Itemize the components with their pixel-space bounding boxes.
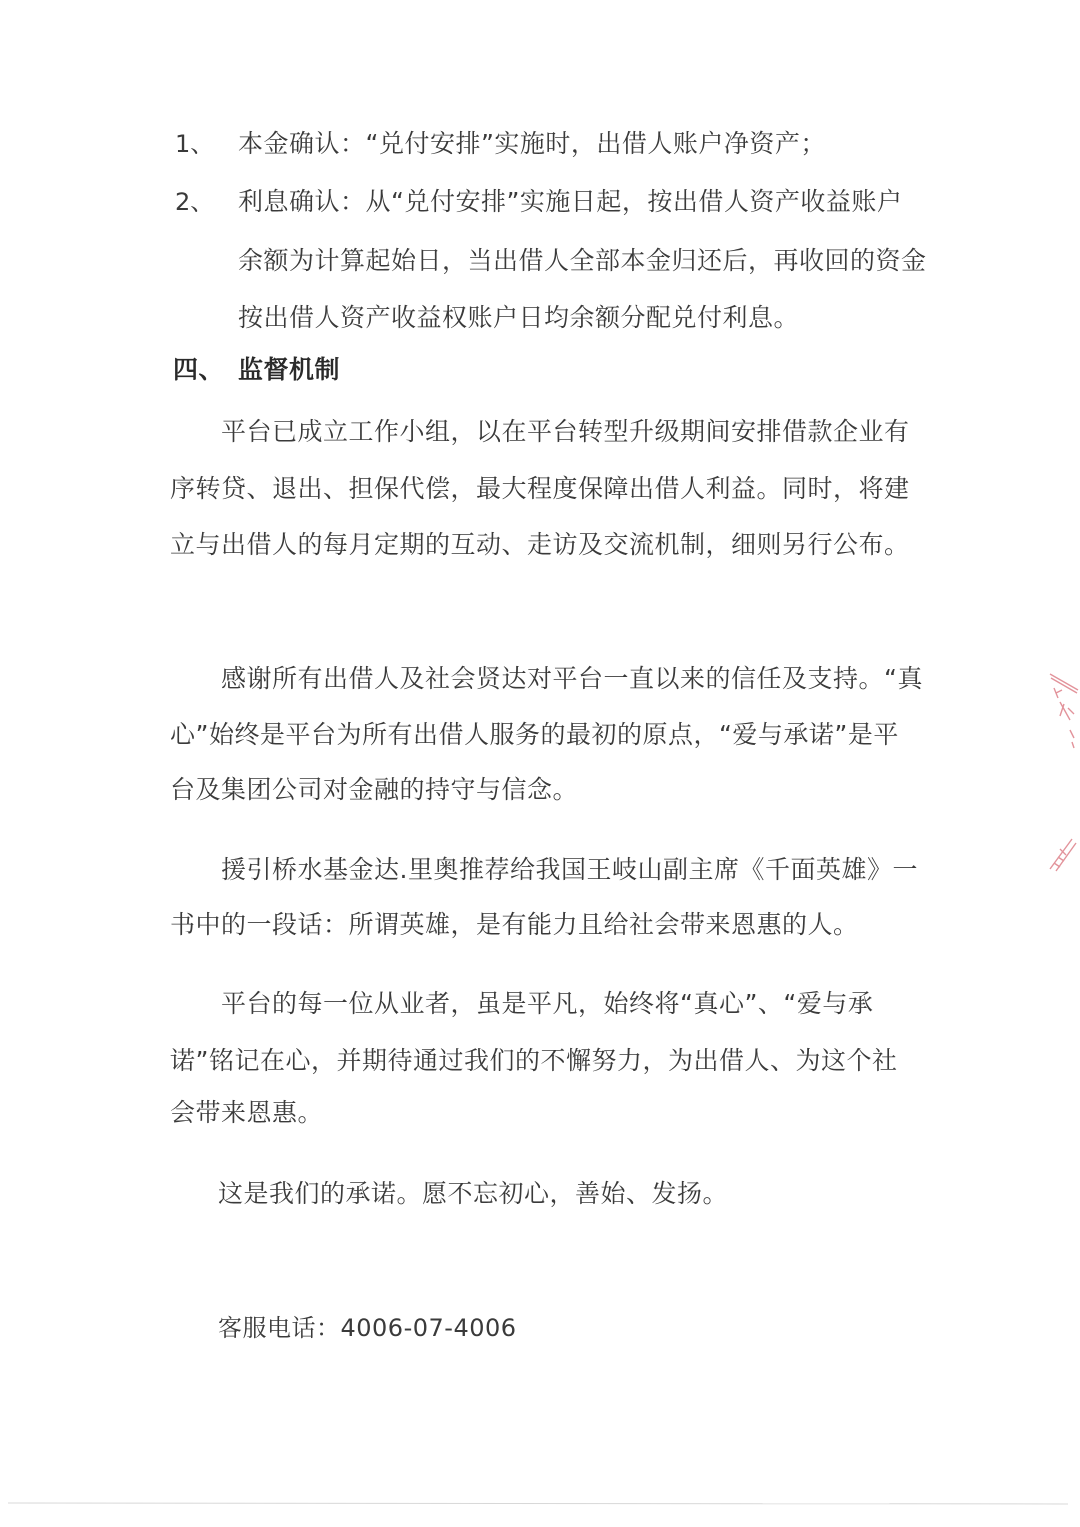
section-paragraph-line-1: 平台已成立工作小组，以在平台转型升级期间安排借款企业有 — [221, 416, 910, 448]
list-number-1: 1、 — [175, 128, 214, 160]
section-title: 监督机制 — [238, 354, 340, 386]
list-item-2-line-1: 利息确认：从“兑付安排”实施日起，按出借人资产收益账户 — [238, 186, 902, 218]
customer-service-label: 客服电话： — [218, 1314, 341, 1342]
practitioner-paragraph-line-2: 诺”铭记在心，并期待通过我们的不懈努力，为出借人、为这个社 — [170, 1045, 897, 1077]
thanks-paragraph-line-2: 心”始终是平台为所有出借人服务的最初的原点，“爱与承诺”是平 — [170, 719, 899, 751]
page-bottom-rule — [8, 1503, 1068, 1505]
quote-paragraph-line-2: 书中的一段话：所谓英雄，是有能力且给社会带来恩惠的人。 — [170, 909, 859, 941]
thanks-paragraph-line-1: 感谢所有出借人及社会贤达对平台一直以来的信任及支持。“真 — [221, 663, 923, 695]
section-paragraph-line-3: 立与出借人的每月定期的互动、走访及交流机制，细则另行公布。 — [170, 529, 910, 561]
quote-paragraph-line-1: 援引桥水基金达.里奥推荐给我国王岐山副主席《千面英雄》一 — [221, 854, 918, 886]
list-number-2: 2、 — [175, 186, 214, 218]
list-item-2-line-3: 按出借人资产收益权账户日均余额分配兑付利息。 — [238, 302, 799, 334]
section-paragraph-line-2: 序转贷、退出、担保代偿，最大程度保障出借人利益。同时，将建 — [170, 473, 910, 505]
seal-stamp-icon — [1030, 835, 1080, 875]
customer-service: 客服电话：4006-07-4006 — [218, 1312, 517, 1344]
list-item-2-line-2: 余额为计算起始日，当出借人全部本金归还后，再收回的资金 — [238, 245, 927, 277]
practitioner-paragraph-line-3: 会带来恩惠。 — [170, 1097, 323, 1129]
list-item-1-line-1: 本金确认：“兑付安排”实施时，出借人账户净资产； — [238, 128, 826, 160]
seal-stamp-icon — [1030, 668, 1080, 758]
closing-line: 这是我们的承诺。愿不忘初心，善始、发扬。 — [218, 1178, 728, 1210]
customer-service-phone: 4006-07-4006 — [341, 1314, 517, 1342]
section-number: 四、 — [173, 354, 224, 386]
practitioner-paragraph-line-1: 平台的每一位从业者，虽是平凡，始终将“真心”、“爱与承 — [221, 988, 873, 1020]
thanks-paragraph-line-3: 台及集团公司对金融的持守与信念。 — [170, 774, 578, 806]
